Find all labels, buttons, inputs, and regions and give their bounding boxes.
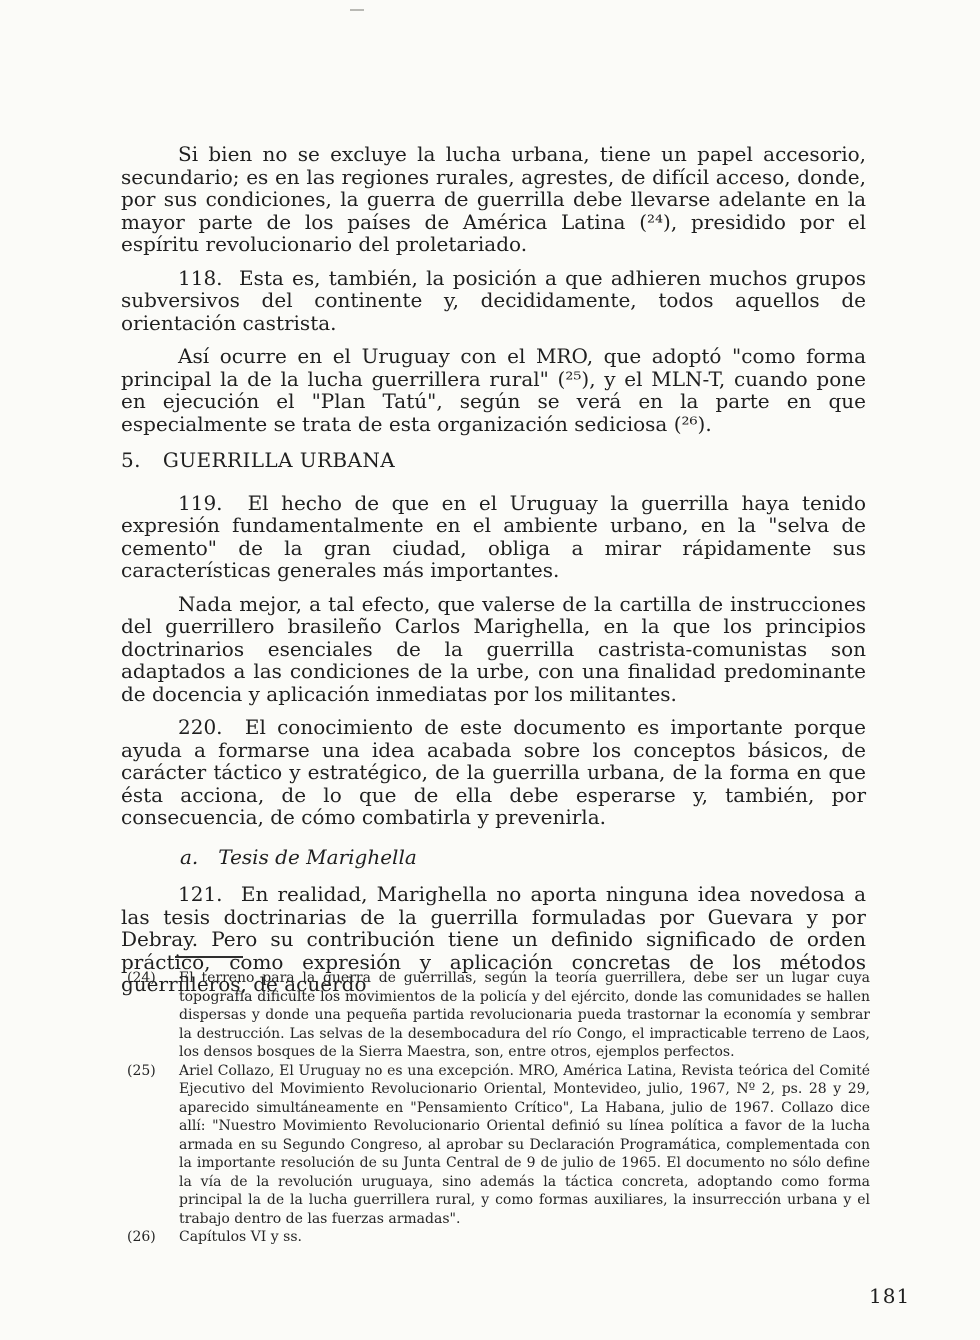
section-heading: 5.GUERRILLA URBANA — [121, 449, 866, 472]
paragraph-intro: Si bien no se excluye la lucha urbana, t… — [121, 143, 866, 256]
footnote-marker: (26) — [121, 1228, 179, 1247]
subsection-letter: a. — [180, 845, 198, 869]
scan-artifact-mark — [350, 9, 364, 11]
footnotes-block: (24) El terreno para la guerra de guerri… — [121, 956, 870, 1247]
footnote-text: El terreno para la guerra de guerrillas,… — [179, 969, 870, 1062]
paragraph-220: 220. El conocimiento de este documento e… — [121, 716, 866, 829]
paragraph-119: 119. El hecho de que en el Uruguay la gu… — [121, 492, 866, 582]
section-number: 5. — [121, 448, 141, 472]
paragraph-cartilla: Nada mejor, a tal efecto, que valerse de… — [121, 593, 866, 706]
subsection-title: Tesis de Marighella — [218, 845, 417, 869]
paragraph-mro: Así ocurre en el Uruguay con el MRO, que… — [121, 345, 866, 435]
footnote-text: Capítulos VI y ss. — [179, 1228, 870, 1247]
footnote-text: Ariel Collazo, El Uruguay no es una exce… — [179, 1062, 870, 1229]
footnote-marker: (24) — [121, 969, 179, 988]
footnote-25: (25) Ariel Collazo, El Uruguay no es una… — [121, 1062, 870, 1229]
footnote-24: (24) El terreno para la guerra de guerri… — [121, 969, 870, 1062]
subsection-heading: a.Tesis de Marighella — [180, 846, 866, 869]
footnote-marker: (25) — [121, 1062, 179, 1081]
page-number: 181 — [869, 1284, 910, 1308]
book-page: Si bien no se excluye la lucha urbana, t… — [0, 0, 980, 1340]
footnote-26: (26) Capítulos VI y ss. — [121, 1228, 870, 1247]
footnote-separator — [175, 956, 243, 958]
section-title: GUERRILLA URBANA — [163, 448, 395, 472]
page-content: Si bien no se excluye la lucha urbana, t… — [121, 143, 866, 996]
paragraph-118: 118. Esta es, también, la posición a que… — [121, 267, 866, 335]
